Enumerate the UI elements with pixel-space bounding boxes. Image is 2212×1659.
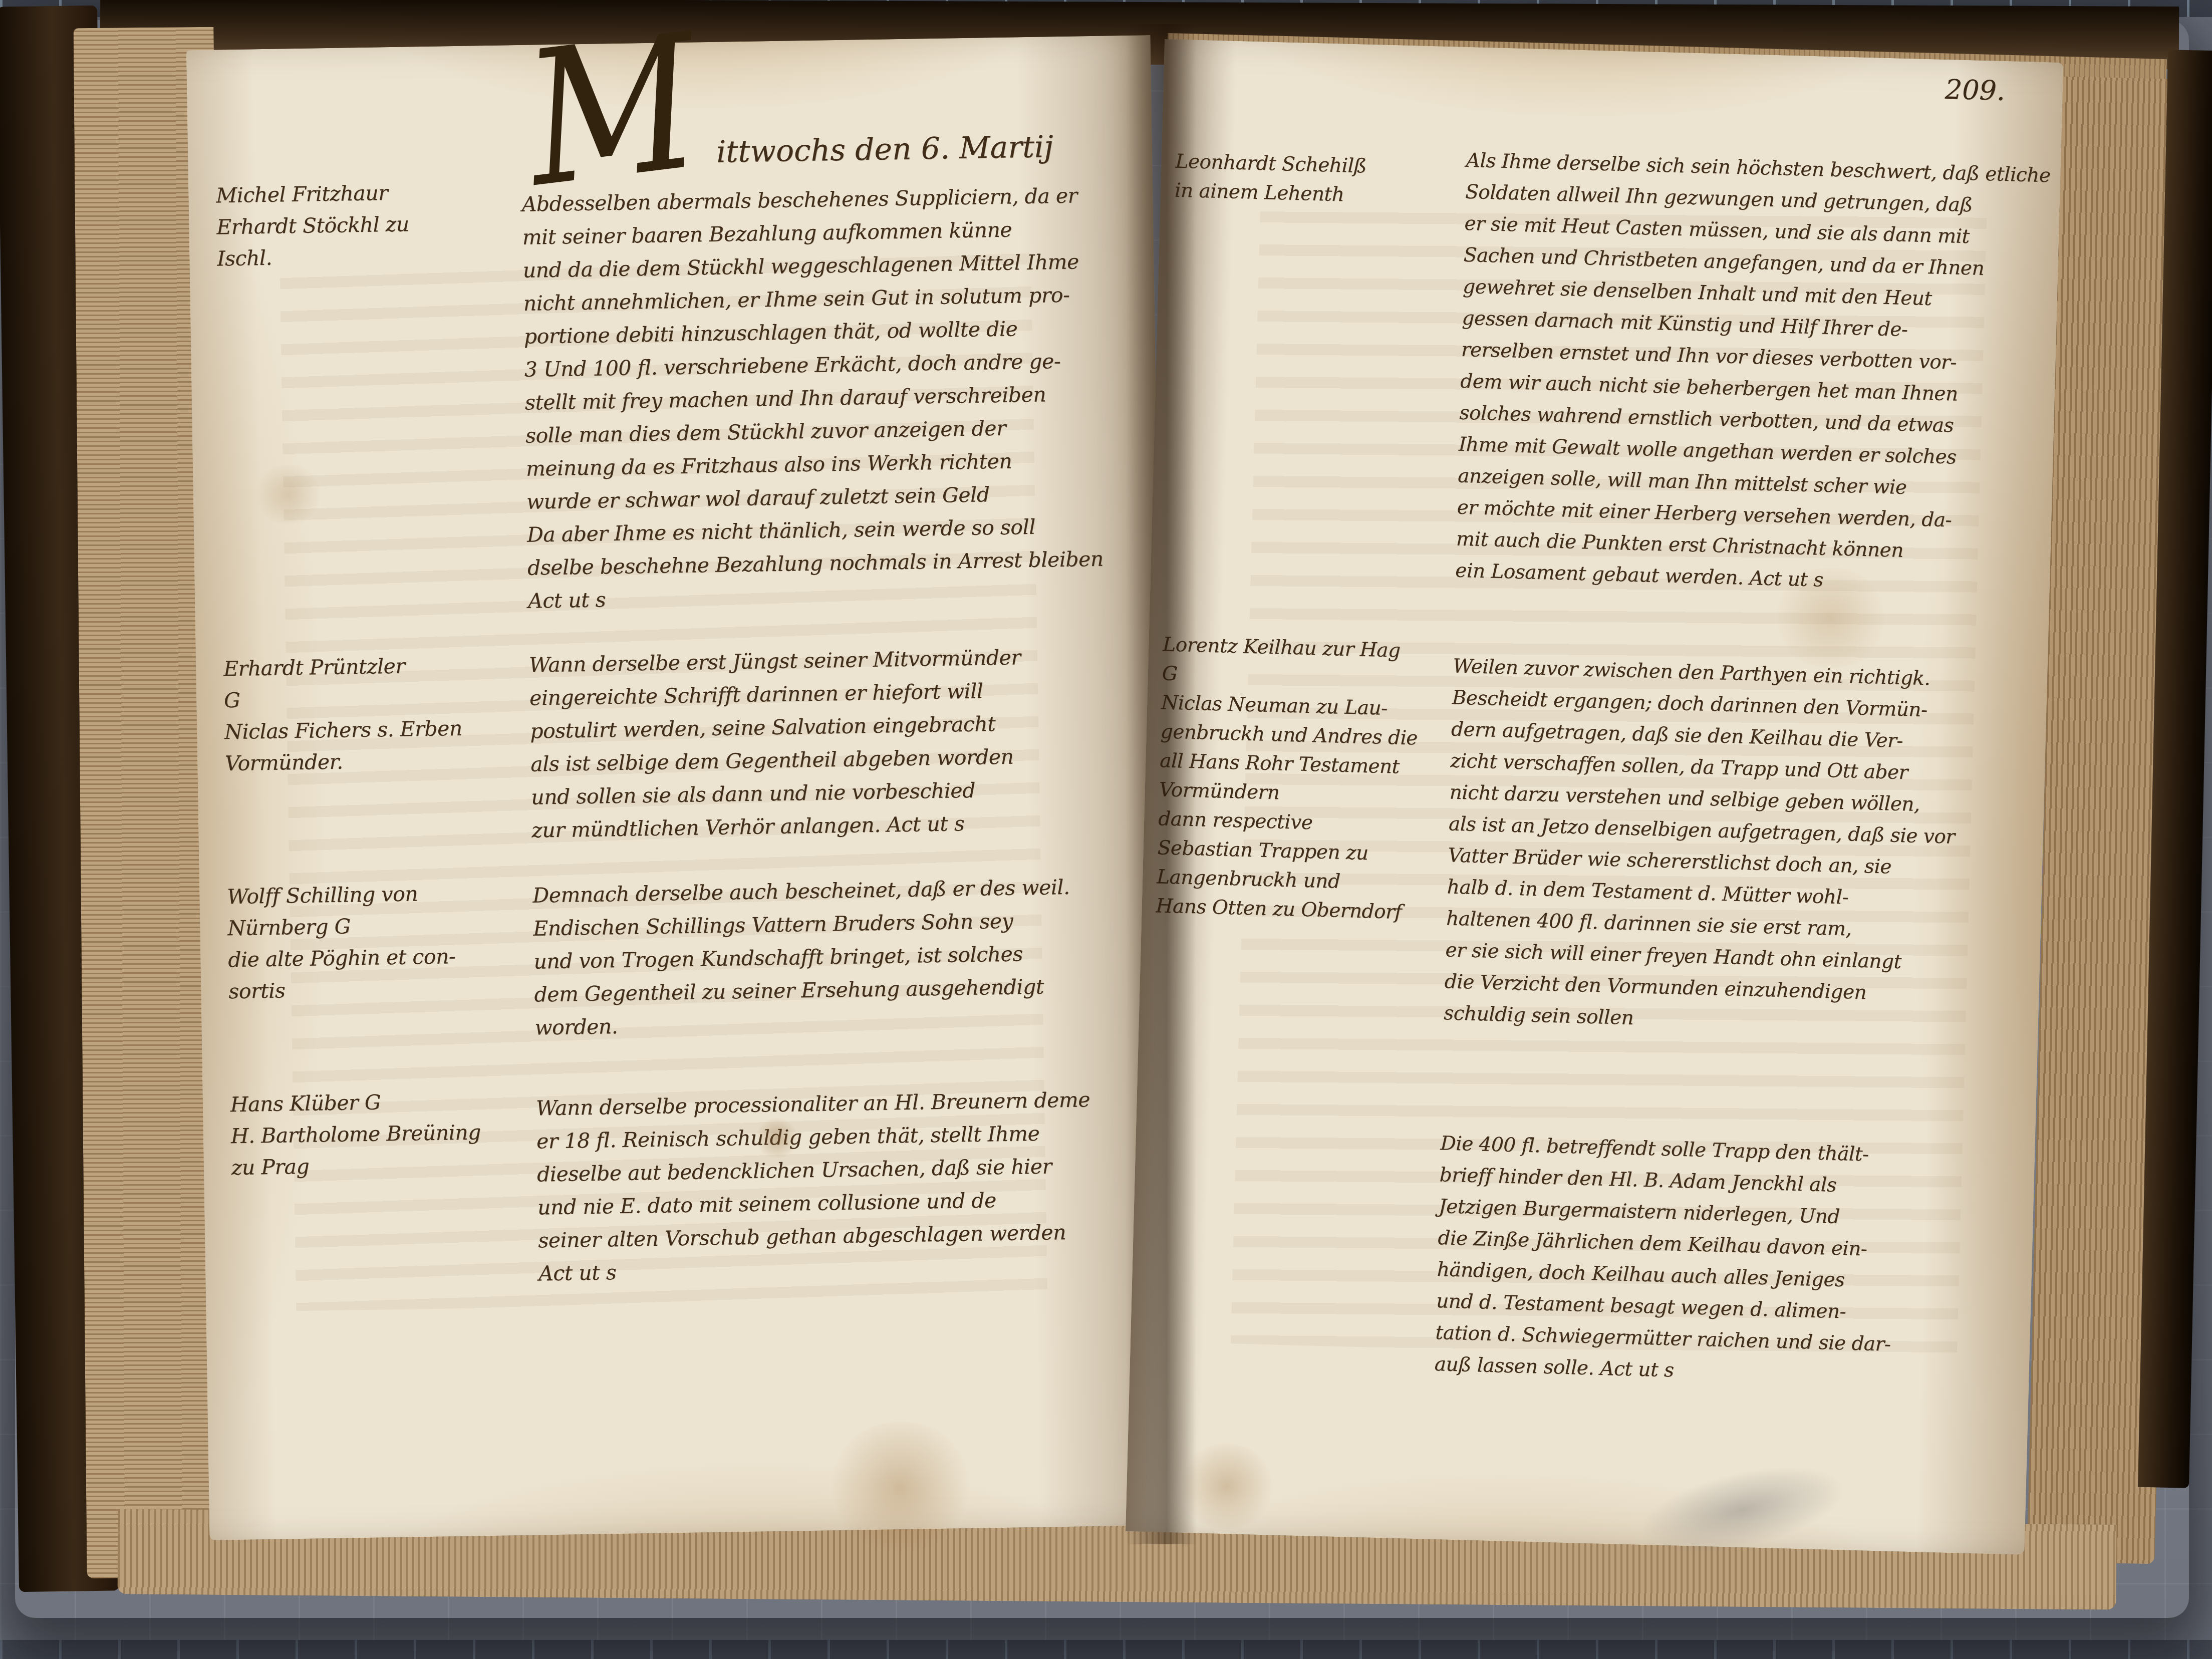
right-page: 209. Leonhardt Schehilßin ainem Lehenth … xyxy=(1126,39,2063,1555)
manuscript-line: Ischl. xyxy=(217,238,518,274)
margin-note: Wolff Schilling vonNürnberg Gdie alte Pö… xyxy=(227,877,529,1007)
left-page: M ittwochs den 6. Martij Michel Fritzhau… xyxy=(186,35,1174,1540)
manuscript-line: Michel Fritzhaur xyxy=(216,175,517,211)
manuscript-line: die alte Pöghin et con- xyxy=(228,940,529,976)
manuscript-line: sortis xyxy=(228,971,529,1007)
manuscript-paragraph: Demnach derselbe auch bescheinet, daß er… xyxy=(532,869,1159,1044)
page-number: 209. xyxy=(1945,74,2006,107)
manuscript-photo: { "scene": { "description": "Photograph … xyxy=(0,0,2212,1659)
stain xyxy=(253,464,324,525)
gutter-shadow xyxy=(1126,24,1196,1544)
illuminated-initial: M xyxy=(517,9,708,213)
manuscript-line: Erhardt Prüntzler xyxy=(223,649,524,685)
margin-note: Leonhardt Schehilßin ainem Lehenth xyxy=(1174,147,1461,213)
manuscript-paragraph: Wann derselbe processionaliter an Hl. Br… xyxy=(536,1082,1163,1290)
manuscript-line: G xyxy=(224,680,525,716)
manuscript-line: Hans Klüber G xyxy=(230,1084,531,1121)
page-heading: ittwochs den 6. Martij xyxy=(716,129,1054,170)
manuscript-paragraph: Als Ihme derselbe sich sein höchsten bes… xyxy=(1455,145,2065,602)
margin-note: Lorentz Keilhau zur HagGNiclas Neuman zu… xyxy=(1156,630,1449,928)
margin-note: Hans Klüber GH. Bartholome Breüningzu Pr… xyxy=(230,1084,532,1184)
manuscript-line: Vormünder. xyxy=(225,743,526,779)
manuscript-paragraph: Weilen zuvor zwischen den Parthyen ein r… xyxy=(1443,651,2051,1045)
manuscript-line: H. Bartholome Breüning xyxy=(230,1116,531,1152)
margin-note: Michel FritzhaurErhardt Stöckhl zuIschl. xyxy=(216,175,518,274)
manuscript-paragraph: Wann derselbe erst Jüngst seiner Mitvorm… xyxy=(529,639,1156,847)
manuscript-paragraph: Die 400 fl. betreffendt solle Trapp den … xyxy=(1434,1128,2039,1396)
manuscript-paragraph: Abdesselben abermals beschehenes Supplic… xyxy=(521,178,1152,617)
manuscript-line: zu Prag xyxy=(231,1148,532,1184)
manuscript-line: Niclas Fichers s. Erben xyxy=(224,712,525,748)
manuscript-line: Nürnberg G xyxy=(227,908,528,944)
manuscript-line: Erhardt Stöckhl zu xyxy=(216,207,517,243)
margin-note: Erhardt PrüntzlerGNiclas Fichers s. Erbe… xyxy=(223,649,526,779)
manuscript-line: Wolff Schilling von xyxy=(227,877,528,913)
table-edge-bottom xyxy=(0,1640,2212,1659)
